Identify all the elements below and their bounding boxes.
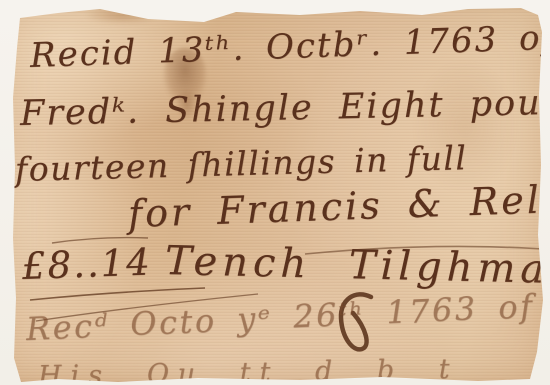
paper-vignette: [0, 0, 550, 385]
scanner-background: Recid 13ᵗʰ. Octbʳ. 1763 of Mʳ. Fredᵏ. Sh…: [0, 0, 550, 385]
receipt-paper: Recid 13ᵗʰ. Octbʳ. 1763 of Mʳ. Fredᵏ. Sh…: [0, 0, 550, 385]
